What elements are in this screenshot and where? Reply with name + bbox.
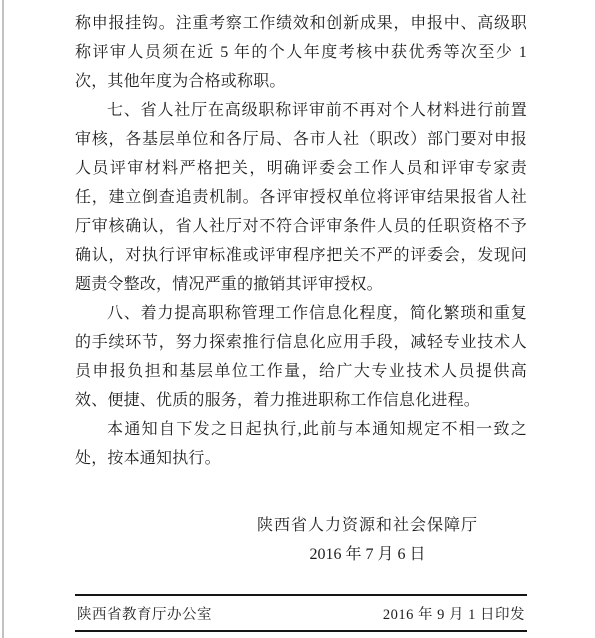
footer-print-date: 2016 年 9 月 1 日印发 (383, 603, 525, 624)
document-page: 称申报挂钩。注重考察工作绩效和创新成果，申报中、高级职称评审人员须在近 5 年的… (75, 9, 527, 570)
document-footer-band: 陕西省教育厅办公室 2016 年 9 月 1 日印发 (75, 594, 527, 632)
signature-inner: 陕西省人力资源和社会保障厅 2016 年 7 月 6 日 (257, 511, 478, 570)
document-body: 称申报挂钩。注重考察工作绩效和创新成果，申报中、高级职称评审人员须在近 5 年的… (75, 9, 527, 473)
signature-block: 陕西省人力资源和社会保障厅 2016 年 7 月 6 日 (75, 511, 527, 570)
paragraph-item-seven: 七、省人社厅在高级职称评审前不再对个人材料进行前置审核，各基层单位和各厅局、各市… (75, 96, 527, 299)
issue-date: 2016 年 7 月 6 日 (257, 540, 478, 570)
paragraph-closing: 本通知自下发之日起执行,此前与本通知规定不相一致之处，按本通知执行。 (75, 415, 527, 473)
paragraph-continuation: 称申报挂钩。注重考察工作绩效和创新成果，申报中、高级职称评审人员须在近 5 年的… (75, 9, 527, 96)
paragraph-item-eight: 八、着力提高职称管理工作信息化程度，简化繁琐和重复的手续环节，努力探索推行信息化… (75, 299, 527, 415)
page-left-scan-edge-line (2, 0, 4, 638)
issuing-authority-name: 陕西省人力资源和社会保障厅 (257, 511, 478, 540)
footer-printing-office: 陕西省教育厅办公室 (77, 603, 212, 624)
